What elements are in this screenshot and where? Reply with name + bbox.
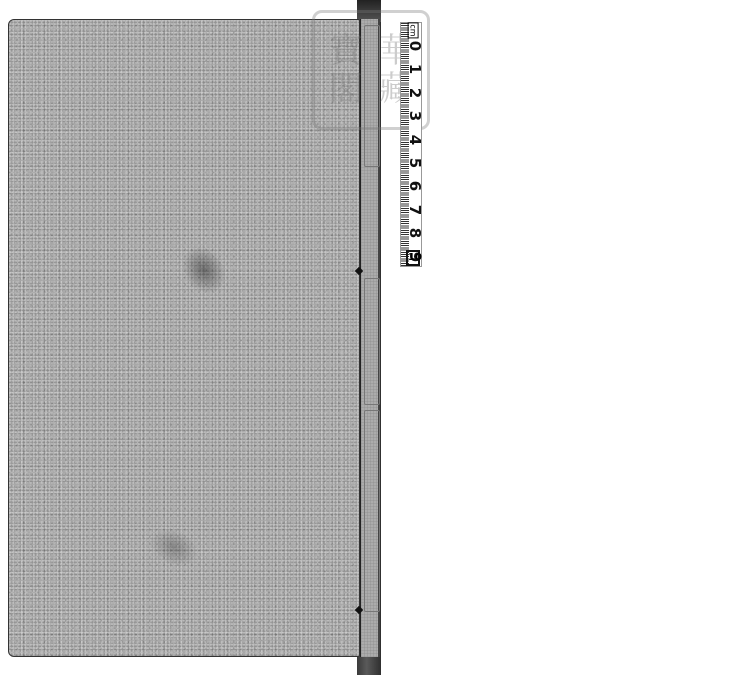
ruler-label-10: 10 [406, 250, 420, 266]
scale-ruler: cm 012345678910 [400, 22, 422, 267]
ruler-label-2: 2 [406, 85, 424, 101]
ruler-label-1: 1 [406, 61, 424, 77]
ruler-unit: cm [408, 22, 419, 38]
binding-segment [364, 278, 380, 405]
book-cover [8, 19, 360, 657]
ruler-label-5: 5 [406, 155, 424, 171]
ruler-label-7: 7 [406, 202, 424, 218]
binding-segment [364, 410, 380, 612]
ruler-label-8: 8 [406, 225, 424, 241]
stain-mark [173, 238, 234, 302]
ruler-label-0: 0 [406, 38, 424, 54]
ruler-label-4: 4 [406, 132, 424, 148]
stain-mark [144, 521, 204, 574]
ruler-label-6: 6 [406, 178, 424, 194]
ruler-label-3: 3 [406, 108, 424, 124]
